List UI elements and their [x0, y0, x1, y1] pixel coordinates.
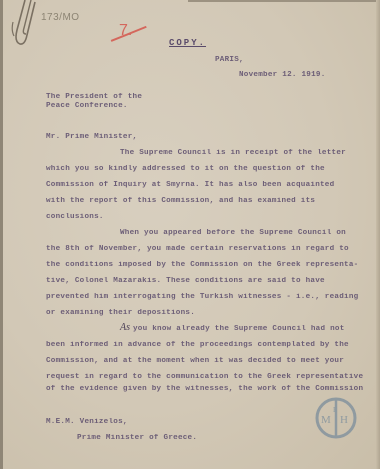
body-line: Commission of Inquiry at Smyrna. It has … — [46, 181, 334, 189]
stamp-letter-center: E — [333, 406, 337, 414]
body-line: The Supreme Council is in receipt of the… — [120, 149, 346, 157]
body-line: which you so kindly addressed to it on t… — [46, 165, 325, 173]
salutation: Mr. Prime Minister, — [46, 133, 137, 141]
stamp-letter-left: M — [321, 414, 331, 426]
recipient-name: M.E.M. Venizelos, — [46, 418, 128, 426]
reference-number: 173/MO — [41, 12, 80, 23]
paper-edge-right — [376, 0, 380, 469]
addressee-line-1: The President of the — [46, 93, 142, 101]
copy-heading: COPY. — [169, 38, 206, 48]
body-line: of the evidence given by the witnesses, … — [46, 385, 363, 393]
paper-edge — [188, 0, 380, 2]
body-line: been informed in advance of the proceedi… — [46, 341, 349, 349]
body-line: Commission, and at the moment when it wa… — [46, 357, 344, 365]
archive-stamp-icon: M E H — [315, 397, 357, 439]
recipient-title: Prime Minister of Greece. — [77, 434, 197, 442]
document-page: 173/MO 7. COPY. PARIS, November 12. 1919… — [0, 0, 380, 469]
body-line: or examining their depositions. — [46, 309, 195, 317]
body-line: conclusions. — [46, 213, 104, 221]
paperclip-icon — [11, 0, 47, 50]
body-line: tive, Colonel Mazarakis. These condition… — [46, 277, 325, 285]
body-line: the 8th of November, you made certain re… — [46, 245, 349, 253]
body-line: the conditions imposed by the Commission… — [46, 261, 358, 269]
body-line: you know already the Supreme Council had… — [133, 325, 345, 333]
body-line: request in regard to the communication t… — [46, 373, 363, 381]
body-line: prevented him interrogating the Turkish … — [46, 293, 358, 301]
place: PARIS, — [215, 56, 244, 64]
date: November 12. 1919. — [239, 71, 326, 79]
body-line: When you appeared before the Supreme Cou… — [120, 229, 346, 237]
body-line: with the report of this Commission, and … — [46, 197, 315, 205]
stamp-letter-right: H — [340, 414, 348, 426]
handwritten-correction: As — [120, 322, 130, 333]
addressee-line-2: Peace Conference. — [46, 102, 128, 110]
